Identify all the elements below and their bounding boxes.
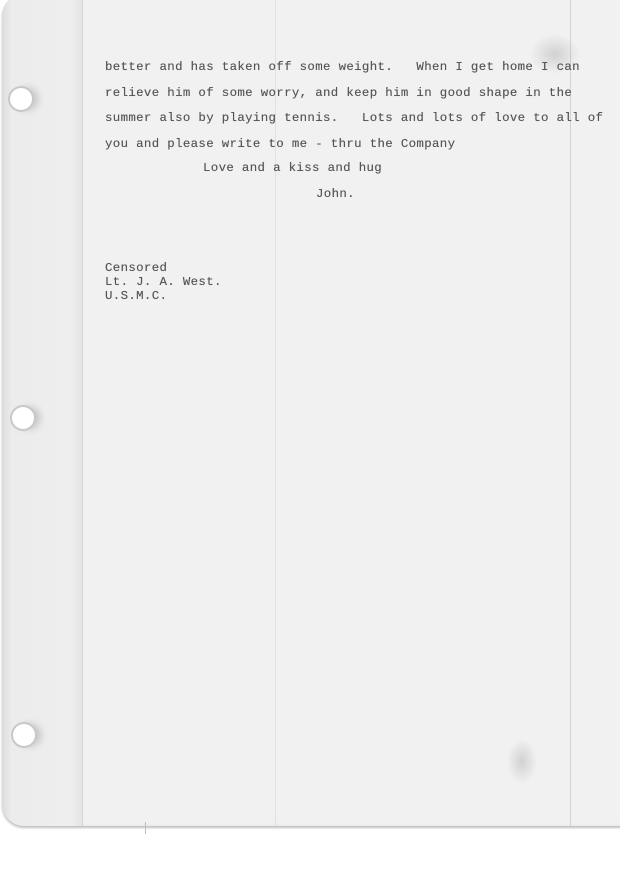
margin-rule [82, 0, 83, 826]
binder-hole [10, 88, 32, 110]
binder-hole [12, 407, 34, 429]
letter-signature: John. [316, 187, 355, 201]
letter-closing: Love and a kiss and hug [203, 161, 382, 175]
censor-officer-name: Lt. J. A. West. [105, 277, 222, 288]
scan-artifact-mark [145, 822, 146, 834]
censor-unit: U.S.M.C. [105, 291, 167, 302]
letter-page: better and has taken off some weight. Wh… [2, 0, 620, 826]
letter-body-line: better and has taken off some weight. Wh… [105, 60, 580, 74]
letter-body-line: relieve him of some worry, and keep him … [105, 86, 572, 100]
letter-body-line: you and please write to me - thru the Co… [105, 137, 455, 151]
letter-body-line: summer also by playing tennis. Lots and … [105, 111, 603, 125]
censor-stamp-line: Censored [105, 263, 167, 274]
smudge-mark [507, 739, 537, 784]
binder-hole [13, 724, 35, 746]
